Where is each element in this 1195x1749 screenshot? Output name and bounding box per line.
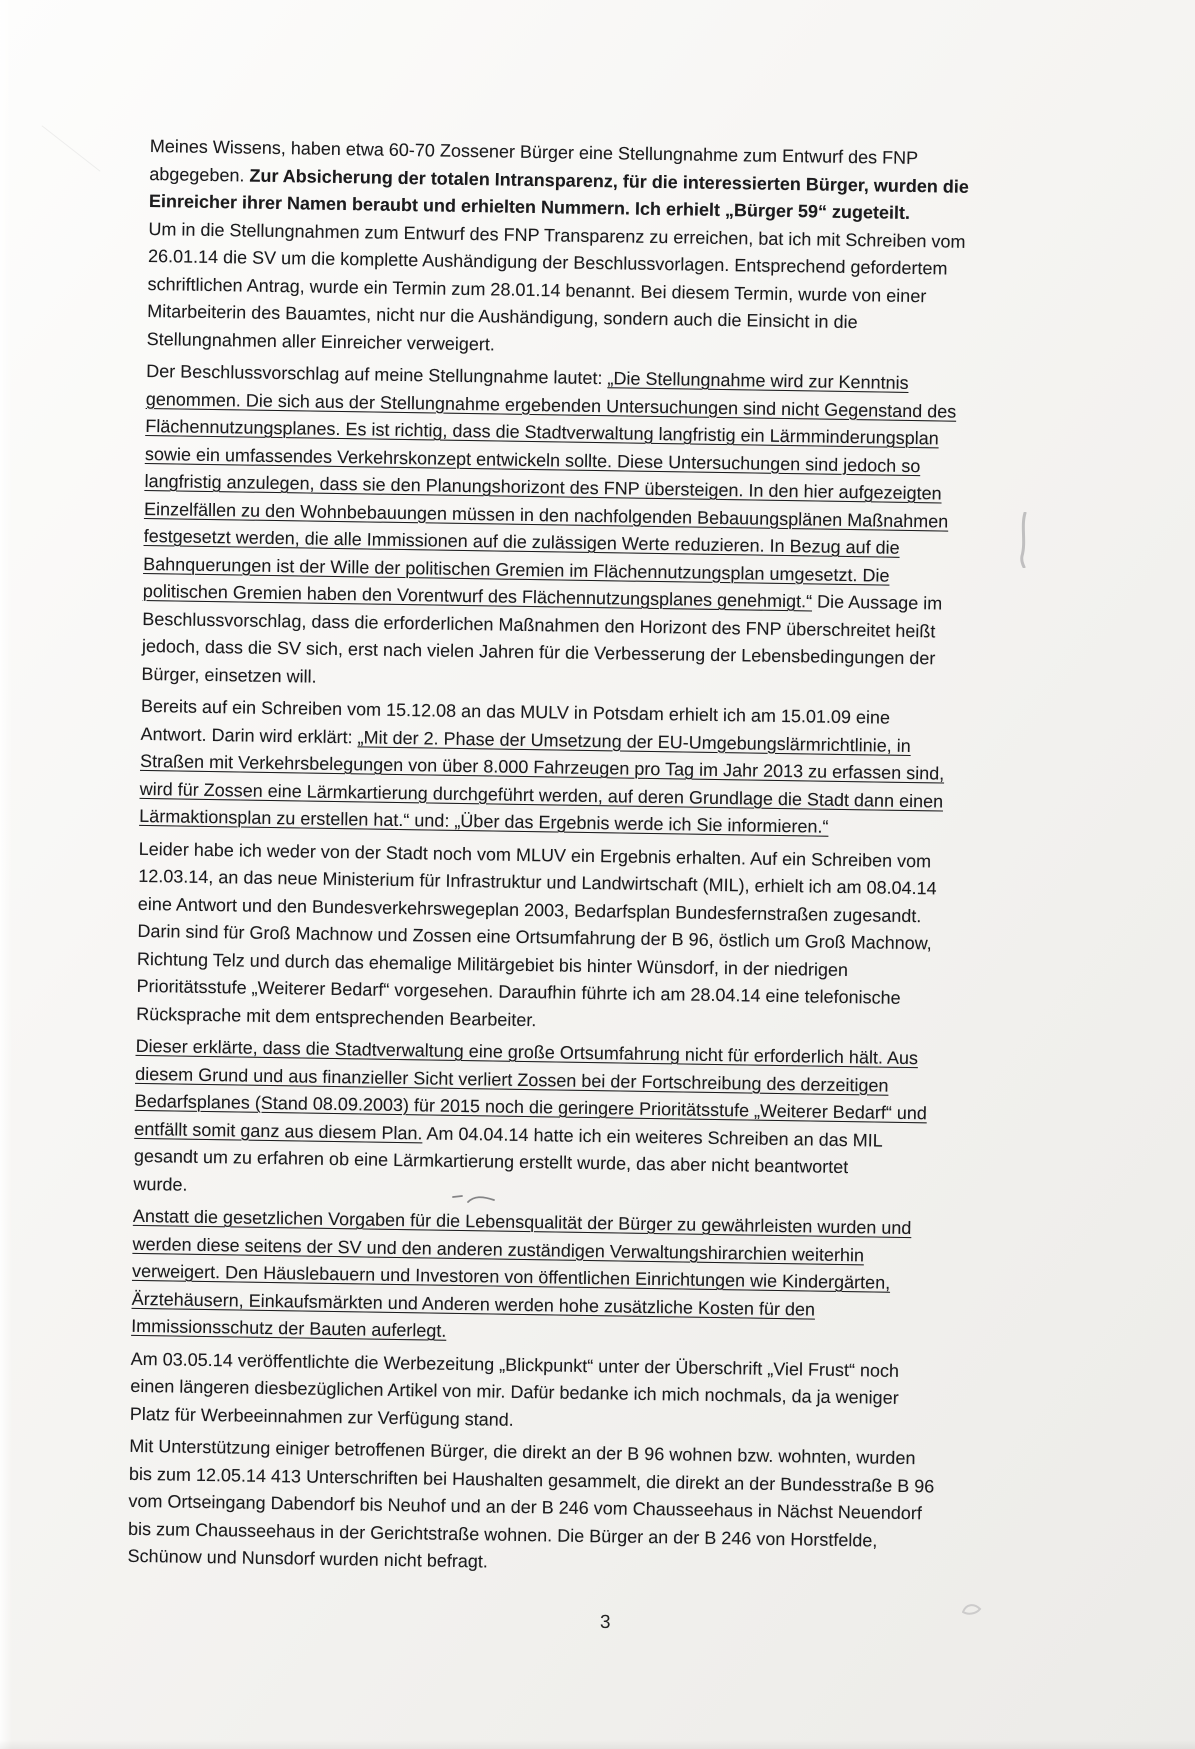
text-run: abgegeben. bbox=[149, 163, 249, 185]
paragraph: Bereits auf ein Schreiben vom 15.12.08 a… bbox=[139, 693, 1001, 844]
text-run: Der Beschlussvorschlag auf meine Stellun… bbox=[146, 361, 608, 388]
paragraph: Mit Unterstützung einiger betroffenen Bü… bbox=[127, 1433, 989, 1584]
text-run: Die Aussage im bbox=[812, 591, 942, 613]
text-run: Am 04.04.14 hatte ich ein weiteres Schre… bbox=[422, 1123, 883, 1150]
page-number: 3 bbox=[600, 1612, 611, 1634]
paragraph: Anstatt die gesetzlichen Vorgaben für di… bbox=[131, 1203, 993, 1354]
handwritten-dash-mark bbox=[452, 1192, 496, 1206]
scan-bottom-edge-shadow bbox=[0, 1740, 1195, 1749]
text-run: Platz für Werbeeinnahmen zur Verfügung s… bbox=[130, 1403, 514, 1429]
text-run: Antwort. Darin wird erklärt: bbox=[140, 723, 357, 746]
paragraph: Meines Wissens, haben etwa 60-70 Zossene… bbox=[147, 133, 1010, 366]
underlined-text-run: „Mit der 2. Phase der Umsetzung der EU-U… bbox=[357, 727, 910, 756]
paragraph: Leider habe ich weder von der Stadt noch… bbox=[136, 835, 999, 1041]
scan-left-edge-highlight bbox=[0, 0, 12, 1749]
underlined-text-run: „Die Stellungnahme wird zur Kenntnis bbox=[607, 368, 908, 393]
paragraph: Am 03.05.14 veröffentlichte die Werbezei… bbox=[130, 1345, 991, 1441]
underlined-text-run: entfällt somit ganz aus diesem Plan. bbox=[134, 1118, 422, 1143]
pencil-smudge bbox=[962, 1602, 982, 1616]
underlined-text-run: Immissionsschutz der Bauten auferlegt. bbox=[131, 1316, 446, 1341]
scan-crease-artifact bbox=[42, 125, 101, 171]
text-run: Schünow und Nunsdorf wurden nicht befrag… bbox=[127, 1546, 488, 1572]
document-text: Meines Wissens, haben etwa 60-70 Zossene… bbox=[127, 133, 1010, 1589]
scanned-document-page: Meines Wissens, haben etwa 60-70 Zossene… bbox=[0, 0, 1195, 1749]
margin-pencil-stroke bbox=[1018, 512, 1030, 568]
text-run: wurde. bbox=[133, 1173, 187, 1194]
paragraph: Dieser erklärte, dass die Stadtverwaltun… bbox=[133, 1033, 995, 1211]
paragraph: Der Beschlussvorschlag auf meine Stellun… bbox=[141, 358, 1006, 701]
text-run: Bürger, einsetzen will. bbox=[141, 663, 316, 686]
text-run: Stellungnahmen aller Einreicher verweige… bbox=[147, 328, 495, 353]
text-run: Rücksprache mit dem entsprechenden Bearb… bbox=[136, 1003, 536, 1029]
